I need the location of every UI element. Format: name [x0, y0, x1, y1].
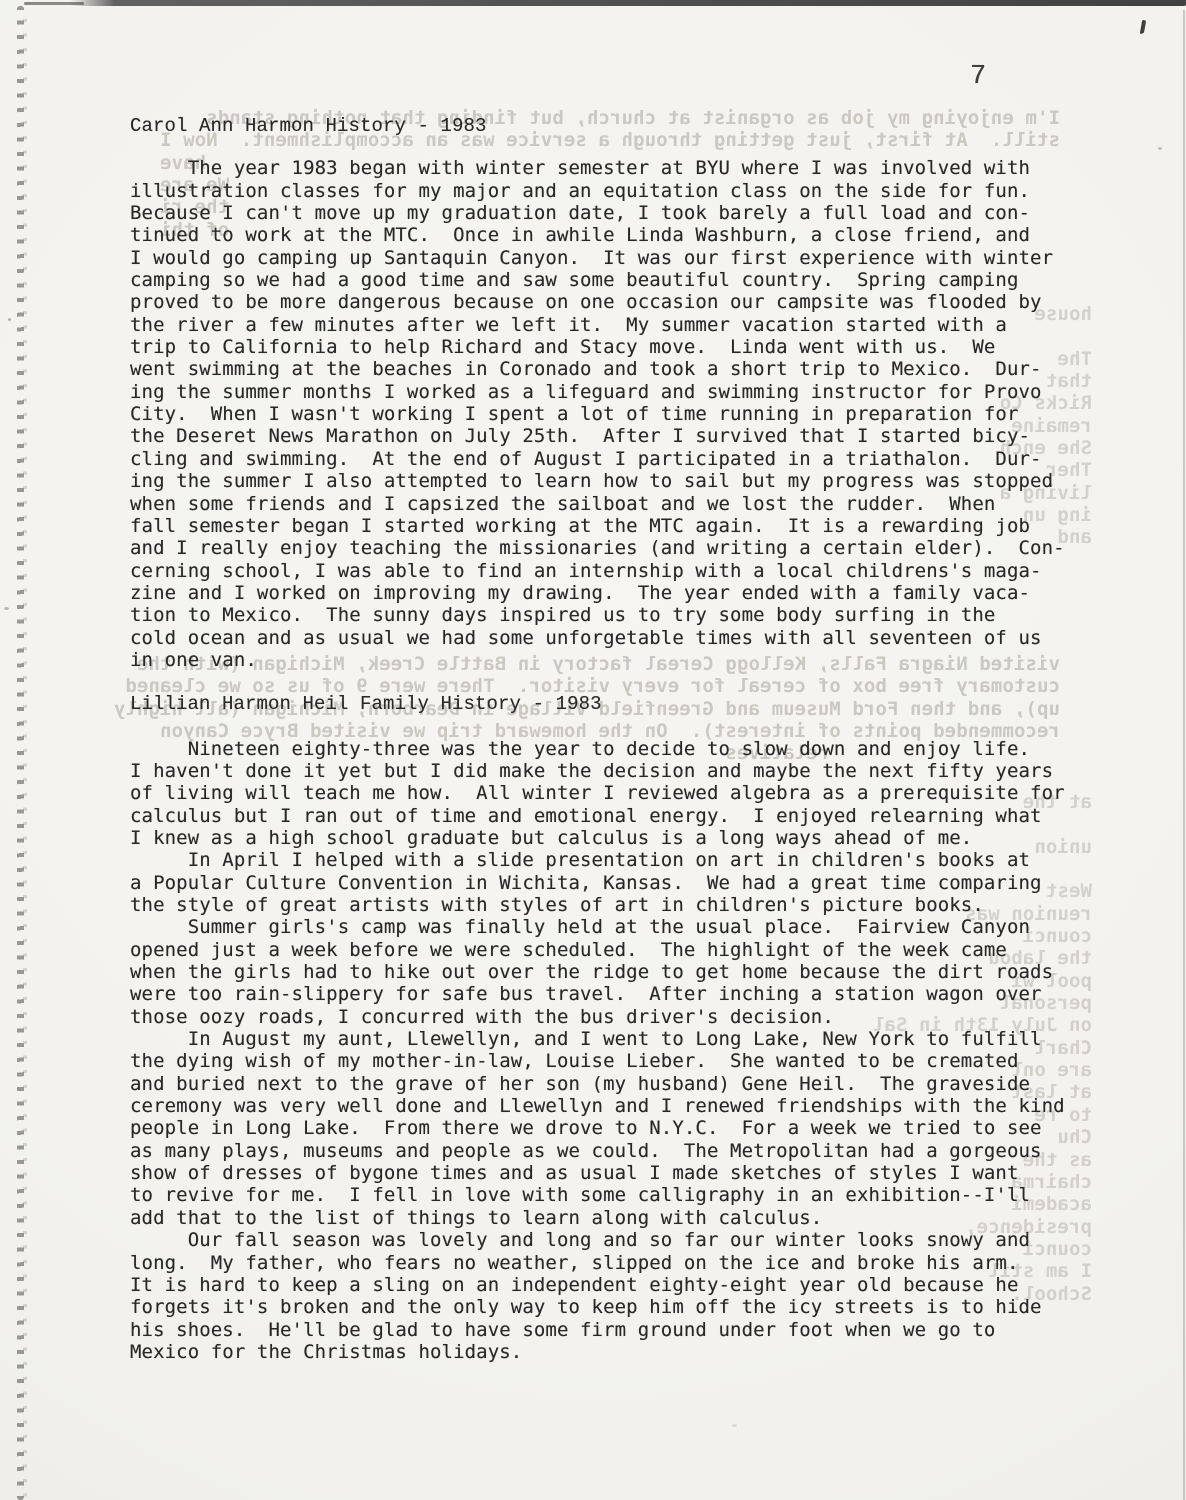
paper-speck	[732, 1424, 737, 1427]
section-heading-lillian-harmon-heil: Lillian Harmon Heil Family History - 198…	[130, 693, 1080, 715]
section-heading-carol-ann-harmon: Carol Ann Harmon History - 1983	[130, 115, 1080, 137]
typed-text-column: Carol Ann Harmon History - 1983 The year…	[130, 115, 1080, 1363]
scan-top-edge-shadow-left	[24, 2, 84, 5]
scan-right-edge-line	[1183, 10, 1185, 1500]
ink-debris-mark	[1140, 20, 1146, 34]
section-body-lillian-harmon-heil: Nineteen eighty-three was the year to de…	[130, 738, 1080, 1364]
paper-speck	[8, 318, 11, 321]
section-body-carol-ann-harmon: The year 1983 began with winter semester…	[130, 157, 1080, 671]
binding-perforation-strip-inner	[23, 12, 27, 1500]
scanned-document-page: I'm enjoying my job as organist at churc…	[0, 0, 1186, 1500]
page-number: 7	[970, 62, 986, 92]
scan-top-edge-shadow	[70, 0, 1186, 6]
paper-speck	[4, 607, 9, 610]
paper-speck	[1158, 147, 1162, 150]
